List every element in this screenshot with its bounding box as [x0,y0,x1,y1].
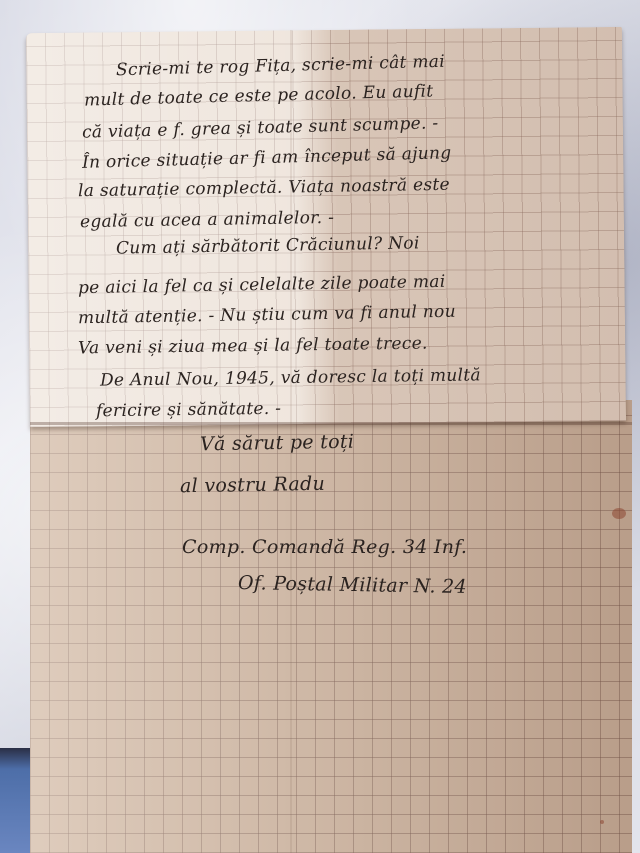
address-unit: Comp. Comandă Reg. 34 Inf. [182,536,467,558]
letter-sheet-lower [30,400,632,853]
closing-greeting: Vă sărut pe toți [200,431,355,456]
address-postal-office: Of. Poștal Militar N. 24 [238,572,467,598]
signature: al vostru Radu [180,473,325,498]
fold-crease [30,422,632,425]
letter-line: fericire și sănătate. - [96,399,282,422]
ink-stain [612,508,626,519]
ink-dot [600,820,604,824]
